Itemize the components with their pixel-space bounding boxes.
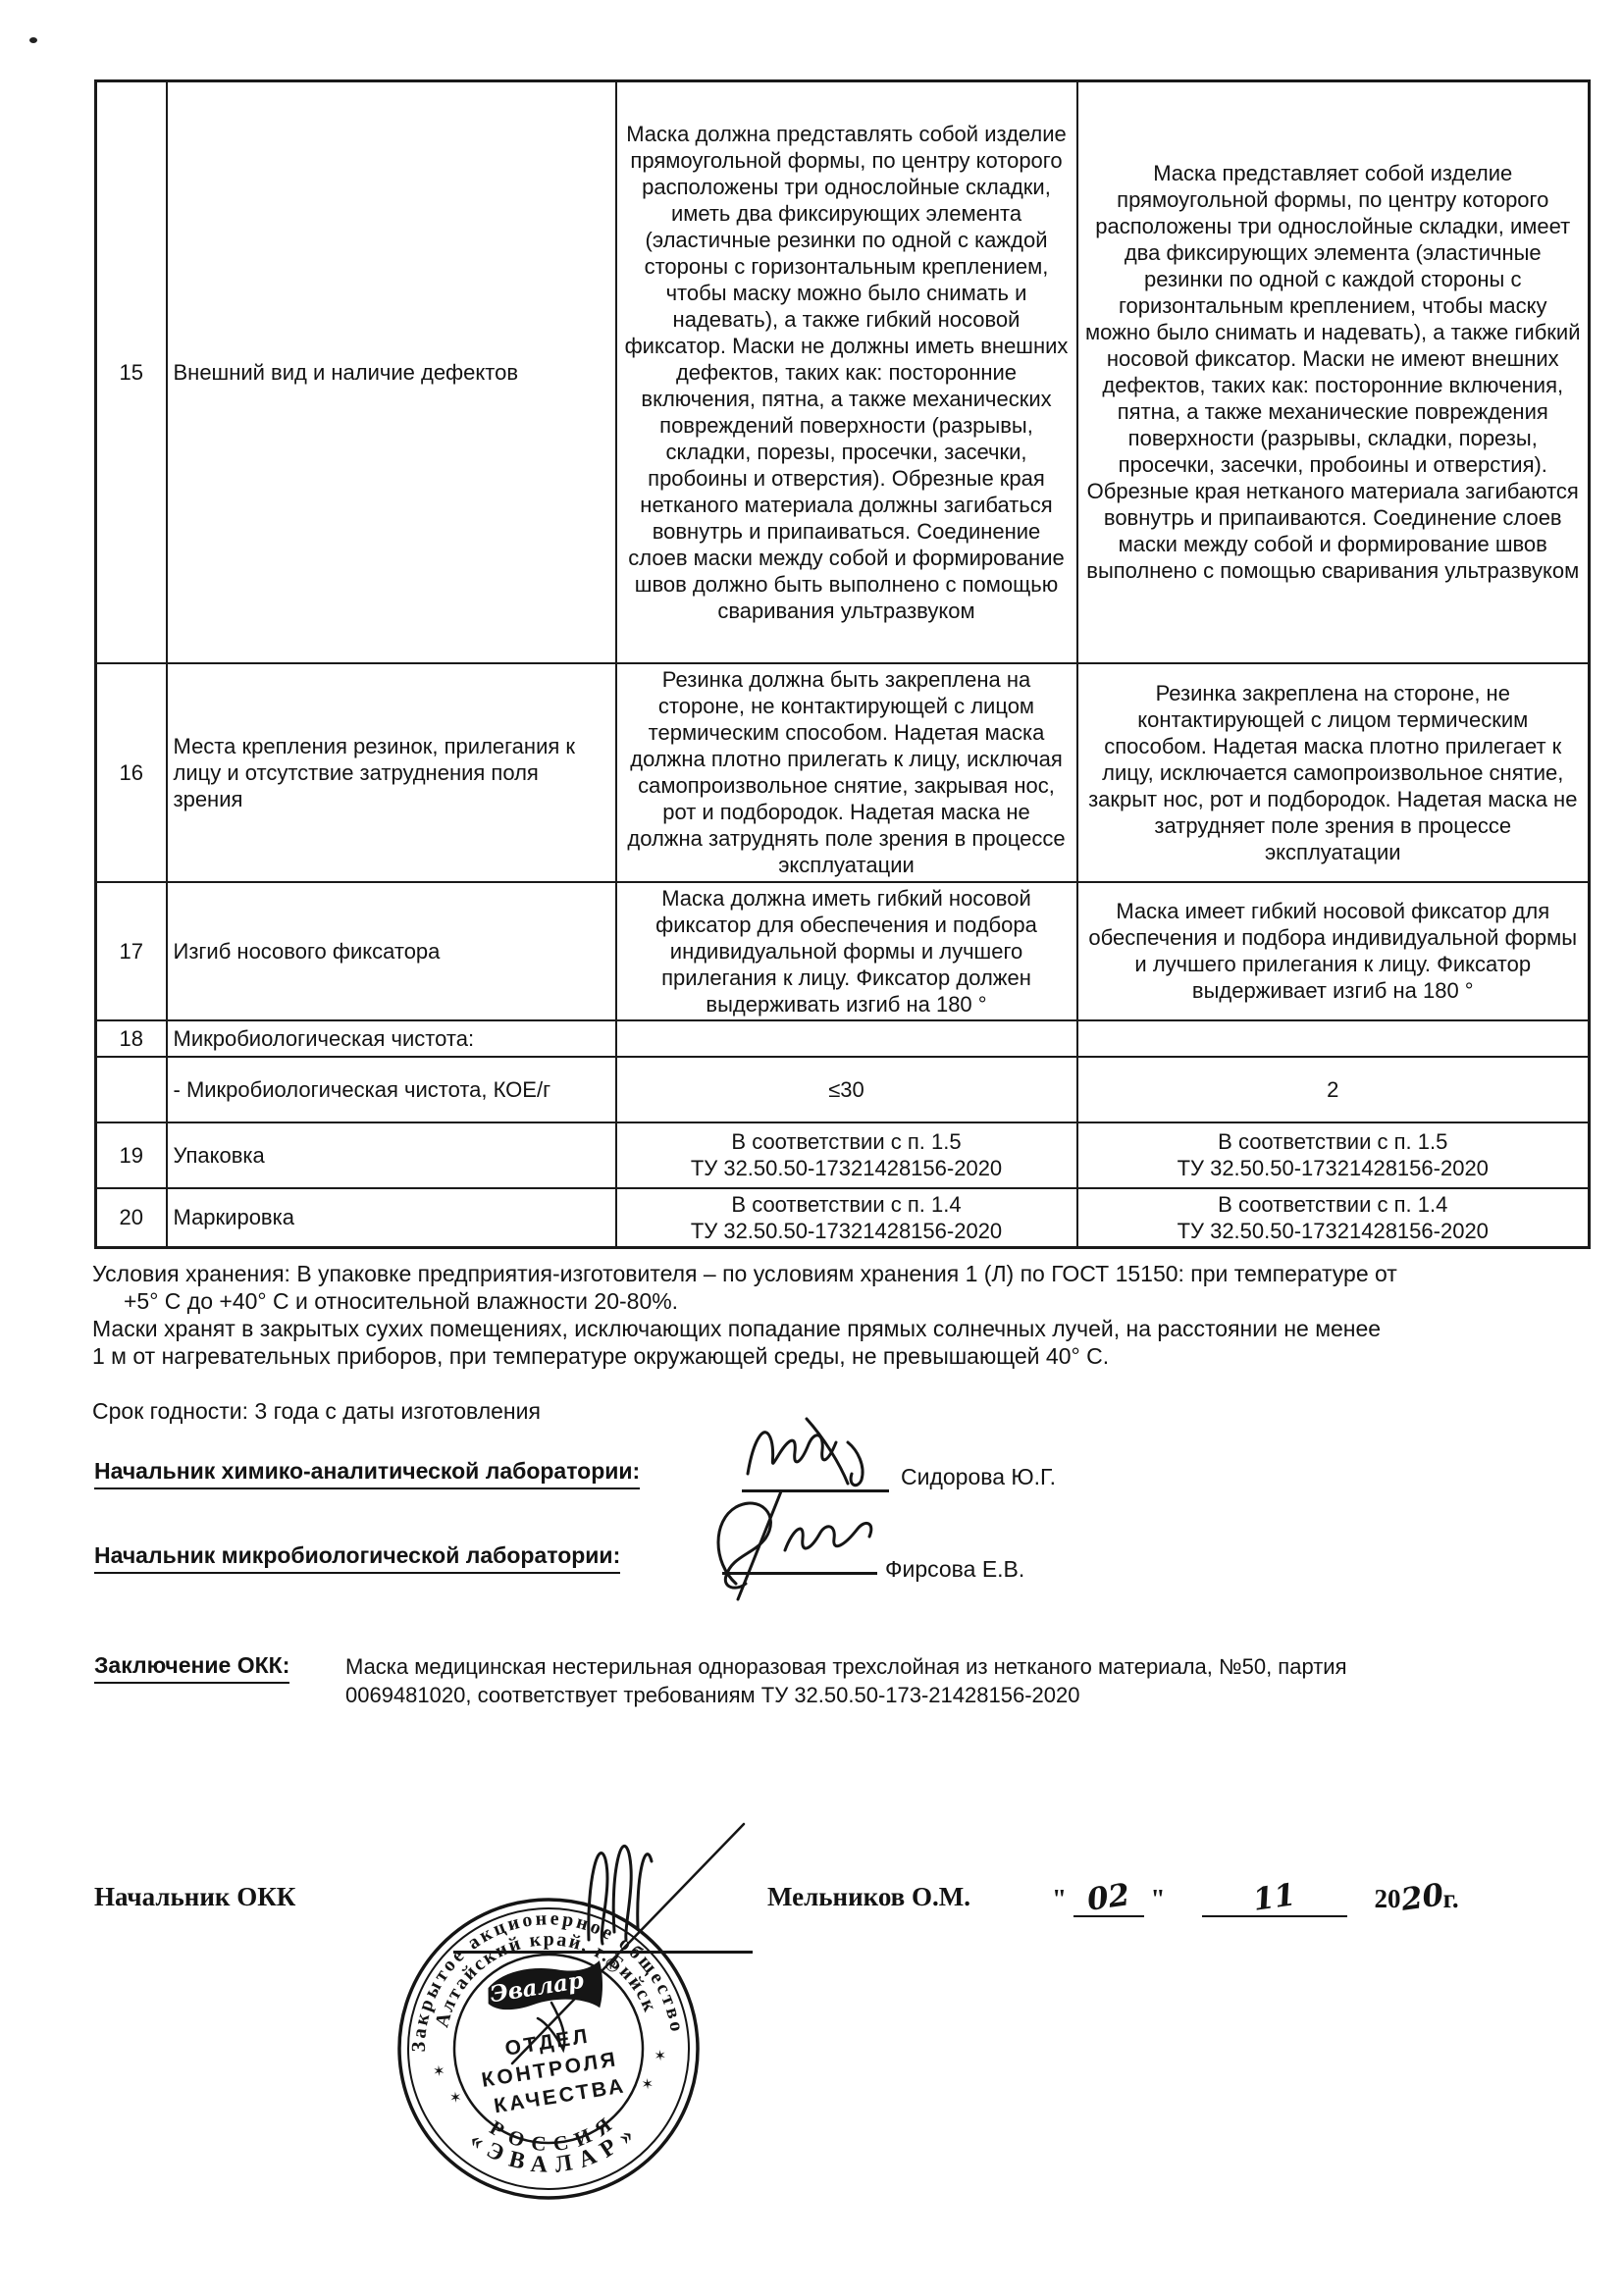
row-result: Маска представляет собой изделие прямоуг… xyxy=(1077,81,1590,663)
table-row: 19 Упаковка В соответствии с п. 1.5 ТУ 3… xyxy=(96,1122,1590,1188)
row-requirement: В соответствии с п. 1.4 ТУ 32.50.50-1732… xyxy=(616,1188,1077,1248)
conclusion-line: 0069481020, соответствует требованиям ТУ… xyxy=(345,1681,1562,1709)
micro-lab-head-label: Начальник микробиологической лаборатории… xyxy=(94,1542,620,1574)
okk-conclusion-label: Заключение ОКК: xyxy=(94,1652,289,1684)
registered-mark-icon: ® xyxy=(605,1956,620,1977)
storage-line: Маски хранят в закрытых сухих помещениях… xyxy=(92,1315,1535,1342)
row-number: 19 xyxy=(96,1122,167,1188)
okk-head-label: Начальник ОКК xyxy=(94,1882,295,1912)
spec-table: 15 Внешний вид и наличие дефектов Маска … xyxy=(94,79,1591,1249)
quote-close: " xyxy=(1151,1884,1166,1913)
row-requirement: В соответствии с п. 1.5 ТУ 32.50.50-1732… xyxy=(616,1122,1077,1188)
row-requirement: ≤30 xyxy=(616,1057,1077,1122)
table-row: 16 Места крепления резинок, прилегания к… xyxy=(96,663,1590,882)
star-icon: ✶ xyxy=(432,2062,445,2080)
row-number: 15 xyxy=(96,81,167,663)
year-printed: 20 xyxy=(1375,1884,1401,1913)
row-requirement: Маска должна представлять собой изделие … xyxy=(616,81,1077,663)
quote-open: " xyxy=(1052,1884,1067,1913)
result-line: ТУ 32.50.50-17321428156-2020 xyxy=(1084,1218,1583,1244)
requirement-line: ТУ 32.50.50-17321428156-2020 xyxy=(623,1155,1071,1181)
conclusion-line: Маска медицинская нестерильная одноразов… xyxy=(345,1652,1562,1681)
row-number xyxy=(96,1057,167,1122)
table-row: 17 Изгиб носового фиксатора Маска должна… xyxy=(96,882,1590,1020)
shelf-life: Срок годности: 3 года с даты изготовлени… xyxy=(92,1397,541,1425)
day-field: 02 xyxy=(1073,1880,1144,1917)
star-icon: ✶ xyxy=(448,2089,462,2107)
date-field: " 02 " 11 2020г. xyxy=(1052,1880,1459,1917)
handwritten-month: 11 xyxy=(1251,1877,1298,1918)
row-result xyxy=(1077,1020,1590,1057)
micro-lab-head-name: Фирсова Е.В. xyxy=(885,1556,1024,1583)
row-parameter: Маркировка xyxy=(167,1188,616,1248)
result-line: В соответствии с п. 1.5 xyxy=(1084,1128,1583,1155)
row-parameter: Внешний вид и наличие дефектов xyxy=(167,81,616,663)
requirement-line: В соответствии с п. 1.5 xyxy=(623,1128,1071,1155)
storage-line: +5° С до +40° С и относительной влажност… xyxy=(124,1287,1535,1315)
row-parameter: Места крепления резинок, прилегания к ли… xyxy=(167,663,616,882)
row-parameter: Изгиб носового фиксатора xyxy=(167,882,616,1020)
table-row: - Микробиологическая чистота, КОЕ/г ≤30 … xyxy=(96,1057,1590,1122)
handwritten-day: 02 xyxy=(1085,1877,1132,1918)
storage-conditions: Условия хранения: В упаковке предприятия… xyxy=(92,1260,1535,1370)
month-field: 11 xyxy=(1202,1880,1347,1917)
row-result: 2 xyxy=(1077,1057,1590,1122)
row-result: В соответствии с п. 1.5 ТУ 32.50.50-1732… xyxy=(1077,1122,1590,1188)
storage-line: Условия хранения: В упаковке предприятия… xyxy=(92,1260,1535,1287)
row-number: 20 xyxy=(96,1188,167,1248)
sidorova-signature xyxy=(738,1413,895,1493)
storage-line: 1 м от нагревательных приборов, при темп… xyxy=(92,1342,1535,1370)
result-line: В соответствии с п. 1.4 xyxy=(1084,1191,1583,1218)
scan-artifact-dot xyxy=(29,37,37,43)
result-line: ТУ 32.50.50-17321428156-2020 xyxy=(1084,1155,1583,1181)
firsova-signature xyxy=(703,1486,909,1603)
star-icon: ✶ xyxy=(654,2048,667,2065)
requirement-line: В соответствии с п. 1.4 xyxy=(623,1191,1071,1218)
okk-round-stamp: Закрытое акционерное общество Алтайский … xyxy=(391,1891,707,2207)
row-requirement: Маска должна иметь гибкий носовой фиксат… xyxy=(616,882,1077,1020)
row-number: 16 xyxy=(96,663,167,882)
table-row: 15 Внешний вид и наличие дефектов Маска … xyxy=(96,81,1590,663)
chem-lab-head-label: Начальник химико-аналитической лаборатор… xyxy=(94,1458,640,1489)
handwritten-year: 20 xyxy=(1398,1877,1445,1918)
row-parameter: - Микробиологическая чистота, КОЕ/г xyxy=(167,1057,616,1122)
table-row: 20 Маркировка В соответствии с п. 1.4 ТУ… xyxy=(96,1188,1590,1248)
row-requirement xyxy=(616,1020,1077,1057)
row-result: Маска имеет гибкий носовой фиксатор для … xyxy=(1077,882,1590,1020)
row-parameter: Микробиологическая чистота: xyxy=(167,1020,616,1057)
row-number: 18 xyxy=(96,1020,167,1057)
row-result: В соответствии с п. 1.4 ТУ 32.50.50-1732… xyxy=(1077,1188,1590,1248)
row-requirement: Резинка должна быть закреплена на сторон… xyxy=(616,663,1077,882)
signature-underline xyxy=(722,1572,877,1575)
table-row: 18 Микробиологическая чистота: xyxy=(96,1020,1590,1057)
document-page: 15 Внешний вид и наличие дефектов Маска … xyxy=(0,0,1623,2296)
okk-conclusion-text: Маска медицинская нестерильная одноразов… xyxy=(345,1652,1562,1709)
row-number: 17 xyxy=(96,882,167,1020)
star-icon: ✶ xyxy=(641,2076,654,2094)
row-parameter: Упаковка xyxy=(167,1122,616,1188)
row-result: Резинка закреплена на стороне, не контак… xyxy=(1077,663,1590,882)
okk-head-name: Мельников О.М. xyxy=(767,1882,970,1912)
chem-lab-head-name: Сидорова Ю.Г. xyxy=(901,1464,1056,1490)
requirement-line: ТУ 32.50.50-17321428156-2020 xyxy=(623,1218,1071,1244)
